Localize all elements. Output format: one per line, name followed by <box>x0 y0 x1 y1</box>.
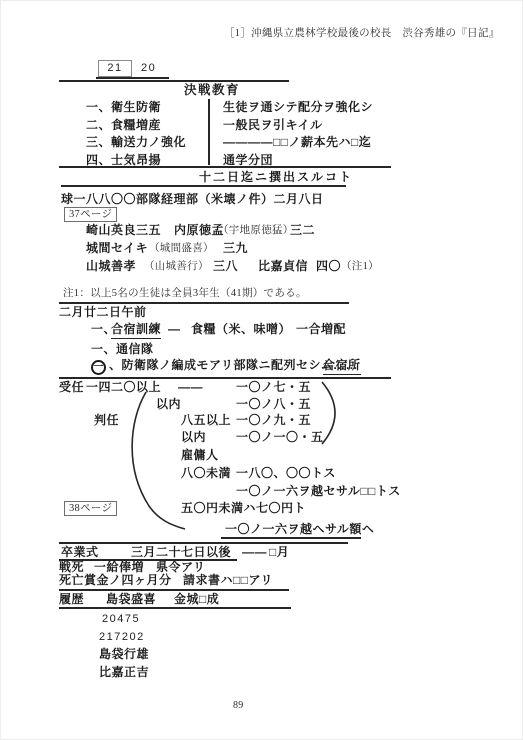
rireki-rule-top <box>59 589 289 591</box>
serial-number: 217202 <box>99 631 145 644</box>
rireki-label: 履歴 <box>59 593 84 607</box>
student-reading: （宇地原徳猛） <box>218 225 294 237</box>
feb22-item: 一、通信隊 <box>91 343 154 357</box>
salary-dash: —— <box>178 381 203 395</box>
page-marker-37: 37ページ <box>64 207 117 222</box>
salary-value: 五〇円未満ハ七〇円ト <box>181 502 306 516</box>
salary-koyonin-label: 雇傭人 <box>181 449 219 463</box>
feb22-item-body: 、防衛隊ノ編成モアリ部隊ニ配列セシム…… <box>109 359 358 373</box>
salary-range: 八五以上 <box>181 414 231 428</box>
salary-value: 一〇ノ一六ヲ越セサル□□トス <box>236 485 401 499</box>
student-reading: （城間盛喜） <box>149 243 214 255</box>
unit-memo: 球一八八〇〇部隊経理部（米壊ノ件）二月八日 <box>61 193 324 207</box>
death-bonus-note: 請求書ハ□□アリ <box>183 574 273 588</box>
salary-junin-label: 受任 <box>59 381 84 395</box>
student-name: 崎山英良 <box>86 224 136 238</box>
graduation-rule <box>59 542 348 544</box>
salary-value: 一八〇、〇〇トス <box>236 467 336 481</box>
death-bonus-label: 死亡賞金ノ四ヶ月分 <box>59 574 172 588</box>
salary-value: 一〇ノ一六ヲ越ヘサル額ヘ <box>225 523 374 537</box>
page-number: 89 <box>233 700 244 712</box>
salary-hannin-label: 判任 <box>94 414 119 428</box>
salary-range: 八〇未満 <box>181 467 231 481</box>
kessen-title: 決戦教育 <box>184 83 240 97</box>
salary-value: 一〇ノ七・五 <box>236 381 311 395</box>
student-name: 城間セイキ <box>86 242 148 256</box>
kessen-item-note: 生徒ヲ通シテ配分ヲ強化シ <box>223 101 373 115</box>
left-arc-line <box>132 392 185 529</box>
feb22-item-dash: — <box>168 323 181 337</box>
rireki-rule-bottom <box>59 607 291 609</box>
salary-range: 以内 <box>181 431 206 445</box>
page-title: ［1］沖縄県立農林学校最後の校長 渋谷秀雄の『日記』 <box>224 28 500 40</box>
deadline-underline <box>61 185 346 187</box>
salary-range: 以内 <box>156 398 181 412</box>
tab-21-label: 21 <box>107 62 122 75</box>
feb22-heading: 二月廿二日午前 <box>59 306 147 320</box>
student-score: 四〇 <box>316 260 341 274</box>
tab-20-label: 20 <box>141 62 156 75</box>
kessen-item-label: 二、食糧増産 <box>86 119 161 133</box>
salary-value: 一〇ノ八・五 <box>236 398 311 412</box>
page-marker-38: 38ページ <box>64 501 117 516</box>
student-reading: （山城善行） <box>144 261 209 273</box>
graduation-dash: —— <box>242 546 267 560</box>
student-score: 三八 <box>213 260 238 274</box>
kessen-item-label: 三、輸送力ノ強化 <box>86 136 186 150</box>
graduation-label: 卒業式 <box>61 546 99 560</box>
rireki-name: 島袋盛喜 <box>106 593 156 607</box>
graduation-value: □月 <box>269 546 289 560</box>
feb22-item-body: 食糧（米、味噌） <box>191 323 291 337</box>
tab-box-21: 21 <box>98 60 132 77</box>
deadline-note: 十二日迄ニ撰出スルコト <box>199 171 353 185</box>
student-name: 比嘉貞信 <box>258 260 308 274</box>
kessen-rule <box>59 166 391 168</box>
extra-name: 比嘉正吉 <box>99 666 149 680</box>
rireki-name: 金城□成 <box>174 593 219 607</box>
salary-value: 一〇ノ一〇・五 <box>236 431 324 445</box>
lodging-label: 合宿所 <box>323 359 361 375</box>
note1-rule <box>59 302 349 304</box>
document-page: ［1］沖縄県立農林学校最後の校長 渋谷秀雄の『日記』 21 20 決戦教育 一、… <box>0 0 523 740</box>
kessen-divider <box>208 99 210 165</box>
student-score: 三二 <box>290 224 315 238</box>
extra-name: 島袋行雄 <box>99 648 149 662</box>
note-ref: （注1） <box>341 261 379 273</box>
section-rule <box>59 377 391 379</box>
student-name: 山城善孝 <box>86 260 136 274</box>
student-name: 内原徳孟 <box>174 224 224 238</box>
tab-underline <box>96 77 169 79</box>
student-score: 三五 <box>136 224 161 238</box>
feb22-item-tail: 一合増配 <box>296 323 346 337</box>
note1-text: 注1：以上5名の生徒は全員3年生（41期）である。 <box>63 288 307 300</box>
feb22-item-underlined: 合宿訓練 <box>111 323 161 339</box>
kessen-item-label: 一、衛生防衛 <box>86 101 161 115</box>
graduation-date: 三月二十七日以後 <box>131 546 231 560</box>
top-rule <box>59 80 289 82</box>
student-score: 三九 <box>223 242 248 256</box>
salary-range: 一四二〇以上 <box>86 381 161 395</box>
kessen-item-note: 一般民ヲ引キイル <box>223 119 323 133</box>
kessen-item-note: ————□□ノ薪本先ハ□迄 <box>223 136 371 150</box>
salary-r8-underline <box>221 537 361 539</box>
circled-one-glyph: 一 <box>94 362 104 374</box>
circled-one-icon: 一 <box>91 360 106 375</box>
graduation-underline <box>59 559 237 561</box>
serial-number: 20475 <box>102 613 140 626</box>
salary-value: 一〇ノ九・五 <box>236 414 311 428</box>
